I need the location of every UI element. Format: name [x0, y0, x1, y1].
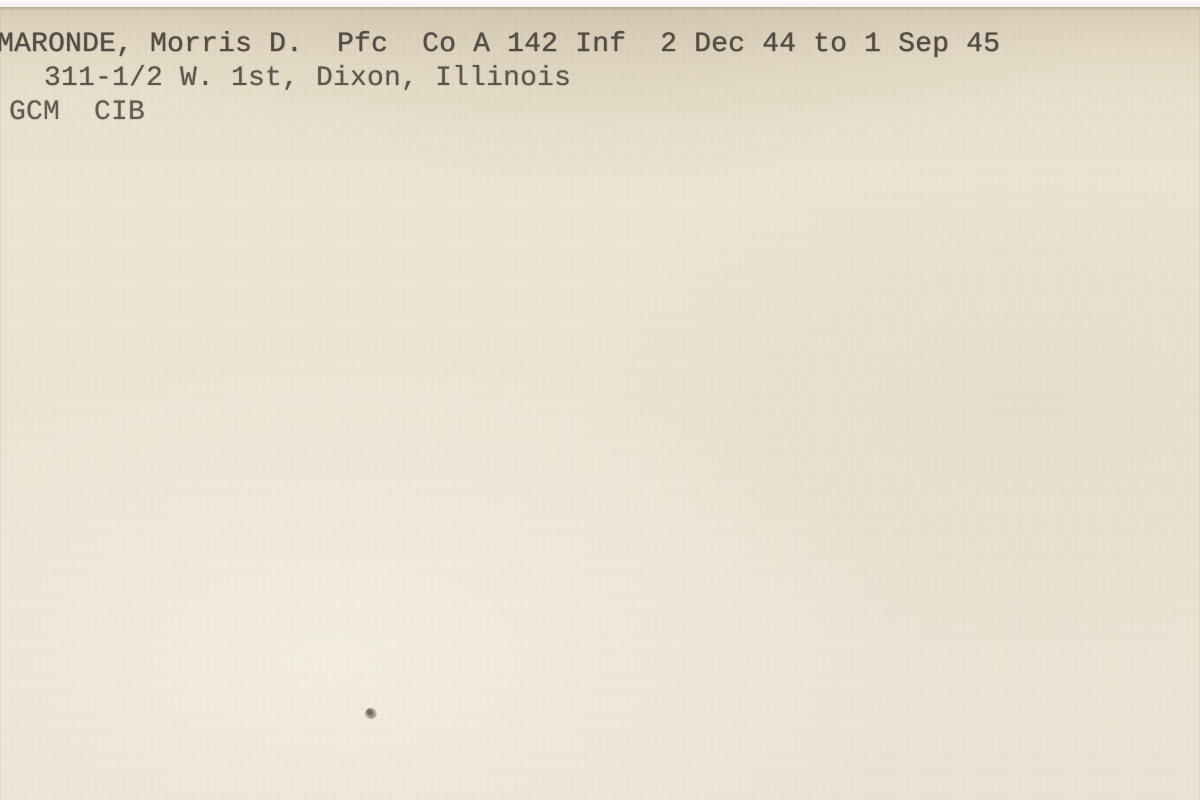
address-line: 311-1/2 W. 1st, Dixon, Illinois [44, 65, 571, 93]
awards-line: GCM CIB [9, 99, 145, 127]
index-card: MARONDE, Morris D. Pfc Co A 142 Inf 2 De… [0, 7, 1200, 800]
scanner-bed-strip [0, 0, 1200, 7]
scanned-index-card-page: MARONDE, Morris D. Pfc Co A 142 Inf 2 De… [0, 0, 1200, 800]
name-service-line: MARONDE, Morris D. Pfc Co A 142 Inf 2 De… [0, 31, 1000, 59]
paper-speck [364, 706, 379, 720]
